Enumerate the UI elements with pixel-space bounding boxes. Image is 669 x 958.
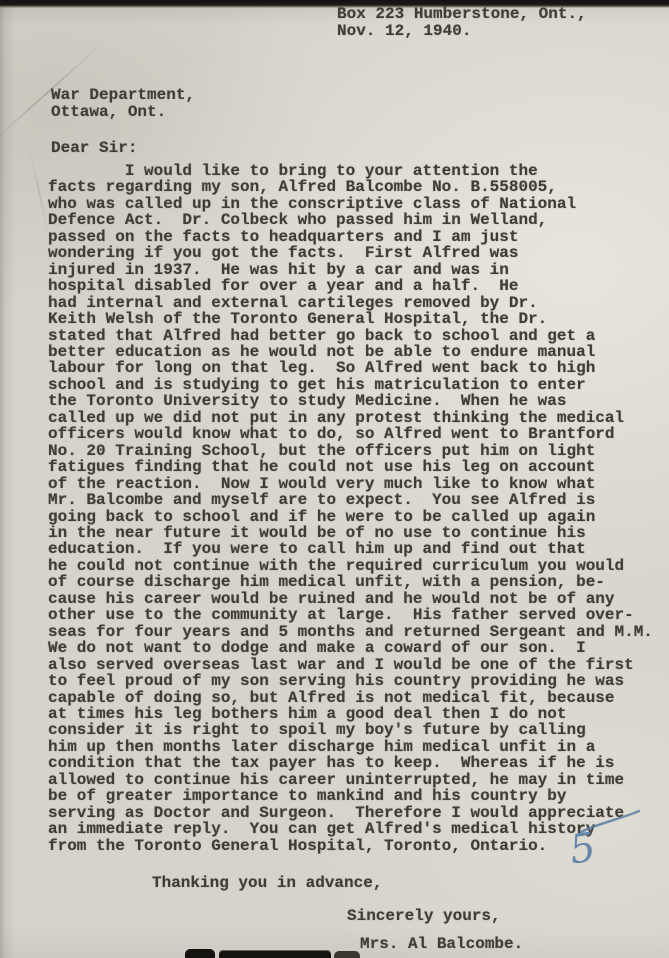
- body-line: fatigues finding that he could not use h…: [48, 459, 653, 475]
- signature: Mrs. Al Balcombe.: [360, 936, 523, 952]
- body-line: Mr. Balcombe and myself are to expect. Y…: [48, 492, 653, 508]
- body-line: No. 20 Training School, but the officers…: [48, 443, 653, 459]
- body-line: cause his career would be ruined and he …: [48, 591, 653, 607]
- body-line: had internal and external cartileges rem…: [48, 295, 653, 311]
- body-line: he could not continue with the required …: [48, 558, 653, 574]
- body-line: other use to the community at large. His…: [48, 607, 653, 623]
- body-line: facts regarding my son, Alfred Balcombe …: [48, 179, 653, 195]
- body-line: at times his leg bothers him a good deal…: [48, 706, 653, 722]
- body-line: hospital disabled for over a year and a …: [48, 278, 653, 294]
- body-line: passed on the facts to headquarters and …: [48, 229, 653, 245]
- body-line: of course discharge him medical unfit, w…: [48, 574, 653, 590]
- sign-off: Sincerely yours,: [347, 908, 501, 924]
- body-line: capable of doing so, but Alfred is not m…: [48, 690, 653, 706]
- body-line: in the near future it would be of no use…: [48, 525, 653, 541]
- background-object-edge: [185, 949, 215, 958]
- body-line: called up we did not put in any protest …: [48, 410, 653, 426]
- body-line: allowed to continue his career uninterru…: [48, 772, 653, 788]
- sender-address-line: Box 223 Humberstone, Ont.,: [337, 6, 587, 22]
- body-line: stated that Alfred had better go back to…: [48, 328, 653, 344]
- body-line: him up then months later discharge him m…: [48, 739, 653, 755]
- body-line: I would like to bring to your attention …: [48, 163, 653, 179]
- recipient-name: War Department,: [51, 87, 195, 103]
- background-object-edge: [219, 950, 331, 958]
- body-line: consider it is right to spoil my boy's f…: [48, 722, 653, 738]
- paper-crease: [29, 147, 50, 235]
- background-object-edge: [334, 951, 360, 958]
- letter-body: I would like to bring to your attention …: [48, 163, 653, 854]
- body-line: of the reaction. Now I would very much l…: [48, 476, 653, 492]
- body-line: to feel proud of my son serving his coun…: [48, 673, 653, 689]
- body-line: who was called up in the conscriptive cl…: [48, 196, 653, 212]
- body-line: We do not want to dodge and make a cowar…: [48, 640, 653, 656]
- body-line: school and is studying to get his matric…: [48, 377, 653, 393]
- body-line: going back to school and if he were to b…: [48, 509, 653, 525]
- body-line: injured in 1937. He was hit by a car and…: [48, 262, 653, 278]
- body-line: wondering if you got the facts. First Al…: [48, 245, 653, 261]
- body-line: seas for four years and 5 months and ret…: [48, 624, 653, 640]
- body-line: better education as he would not be able…: [48, 344, 653, 360]
- recipient-city: Ottawa, Ont.: [51, 104, 166, 120]
- body-line: Keith Welsh of the Toronto General Hospi…: [48, 311, 653, 327]
- body-line: condition that the tax payer has to keep…: [48, 755, 653, 771]
- closing-line: Thanking you in advance,: [152, 875, 382, 891]
- body-line: the Toronto University to study Medicine…: [48, 393, 653, 409]
- letter-photograph: Box 223 Humberstone, Ont., Nov. 12, 1940…: [0, 0, 669, 958]
- salutation: Dear Sir:: [51, 140, 137, 156]
- body-line: education. If you were to call him up an…: [48, 541, 653, 557]
- body-line: officers would know what to do, so Alfre…: [48, 426, 653, 442]
- body-line: Defence Act. Dr. Colbeck who passed him …: [48, 212, 653, 228]
- body-line: labour for long on that leg. So Alfred w…: [48, 360, 653, 376]
- body-line: be of greater importance to mankind and …: [48, 788, 653, 804]
- body-line: also served overseas last war and I woul…: [48, 657, 653, 673]
- date-line: Nov. 12, 1940.: [337, 23, 471, 39]
